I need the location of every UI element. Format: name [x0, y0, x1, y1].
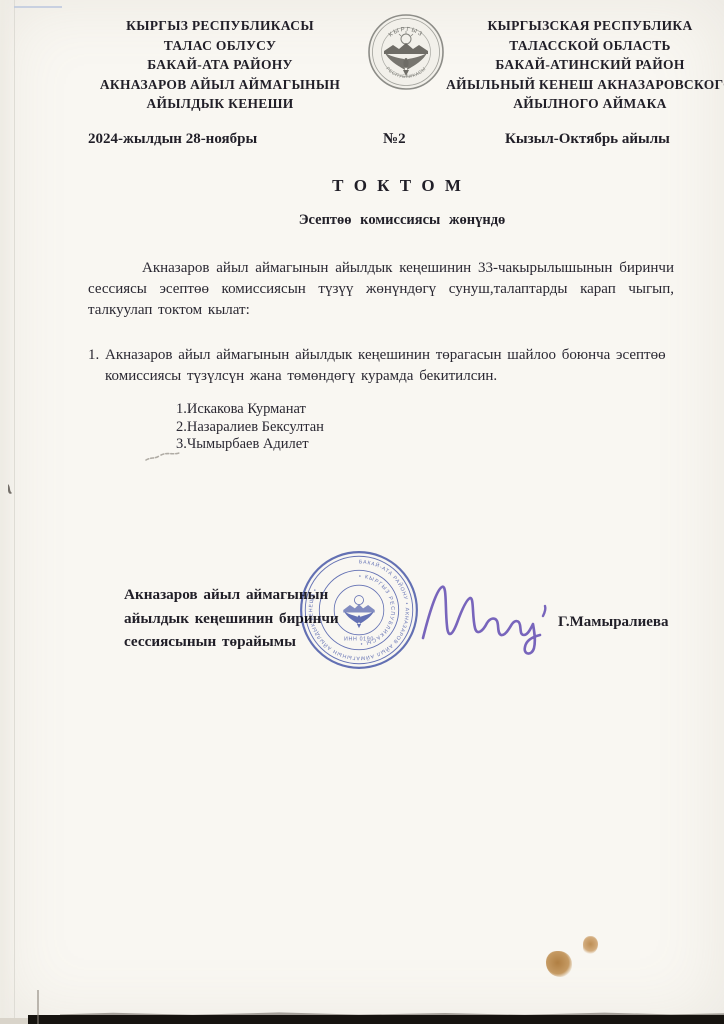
resolution-item-1: 1. Акназаров айыл аймагынын айылдык кеңе… — [88, 345, 697, 387]
paper-stain — [546, 951, 572, 977]
handwritten-signature — [418, 578, 560, 660]
letterhead-line: ТАЛАС ОБЛУСУ — [55, 36, 385, 56]
document-place: Кызыл-Октябрь айылы — [505, 131, 670, 148]
letterhead-line: БАКАЙ-АТА РАЙОНУ — [55, 55, 385, 75]
letterhead-line: КЫРГЫЗСКАЯ РЕСПУБЛИКА — [445, 16, 724, 36]
pencil-smudge — [143, 448, 185, 464]
member-item: 3.Чымырбаев Адилет — [176, 436, 324, 454]
signer-name: Г.Мамыралиева — [558, 614, 668, 631]
letterhead-line: АЙЫЛЬНЫЙ КЕНЕШ АКНАЗАРОВСКОГО — [445, 75, 724, 95]
ink-speck — [5, 482, 17, 498]
letterhead-line: БАКАЙ-АТИНСКИЙ РАЙОН — [445, 55, 724, 75]
letterhead-line: КЫРГЫЗ РЕСПУБЛИКАСЫ — [55, 16, 385, 36]
document-title: Т О К Т О М — [36, 176, 724, 196]
stamp-inn-text: ИНН 0190 — [344, 637, 374, 643]
member-item: 1.Искакова Курманат — [176, 401, 324, 419]
scan-artifact-line — [14, 6, 62, 8]
letterhead-kyrgyz: КЫРГЫЗ РЕСПУБЛИКАСЫ ТАЛАС ОБЛУСУ БАКАЙ-А… — [55, 16, 385, 114]
scanned-decree-page: КЫРГЫЗ РЕСПУБЛИКАСЫ ТАЛАС ОБЛУСУ БАКАЙ-А… — [0, 0, 724, 1024]
letterhead-line: АЙЫЛДЫК КЕНЕШИ — [55, 94, 385, 114]
commission-members-list: 1.Искакова Курманат 2.Назаралиев Бексулт… — [176, 401, 324, 454]
preamble-paragraph: Акназаров айыл аймагынын айылдык кеңешин… — [88, 258, 674, 321]
scan-bottom-corner — [0, 1018, 28, 1024]
member-item: 2.Назаралиев Бексултан — [176, 419, 324, 437]
document-subtitle: Эсептөө комиссиясы жөнүндө — [40, 212, 724, 229]
document-number: №2 — [383, 131, 406, 148]
paper-stain — [583, 936, 598, 954]
letterhead-line: АЙЫЛНОГО АЙМАКА — [445, 94, 724, 114]
document-date: 2024-жылдын 28-ноябры — [88, 131, 257, 148]
scan-bottom-bar — [28, 1015, 724, 1024]
stamp-center-emblem — [343, 596, 374, 629]
paper-left-edge — [0, 0, 15, 1024]
scan-vertical-line — [37, 990, 39, 1024]
state-emblem-icon: КЫРГЫЗ РЕСПУБЛИКАСЫ — [366, 12, 446, 92]
letterhead-line: АКНАЗАРОВ АЙЫЛ АЙМАГЫНЫН — [55, 75, 385, 95]
official-round-stamp: БАКАЙ-АТА РАЙОНУ • АКНАЗАРОВ АЙЫЛ АЙМАГЫ… — [297, 548, 421, 672]
letterhead-line: ТАЛАССКОЙ ОБЛАСТЬ — [445, 36, 724, 56]
letterhead-russian: КЫРГЫЗСКАЯ РЕСПУБЛИКА ТАЛАССКОЙ ОБЛАСТЬ … — [445, 16, 724, 114]
